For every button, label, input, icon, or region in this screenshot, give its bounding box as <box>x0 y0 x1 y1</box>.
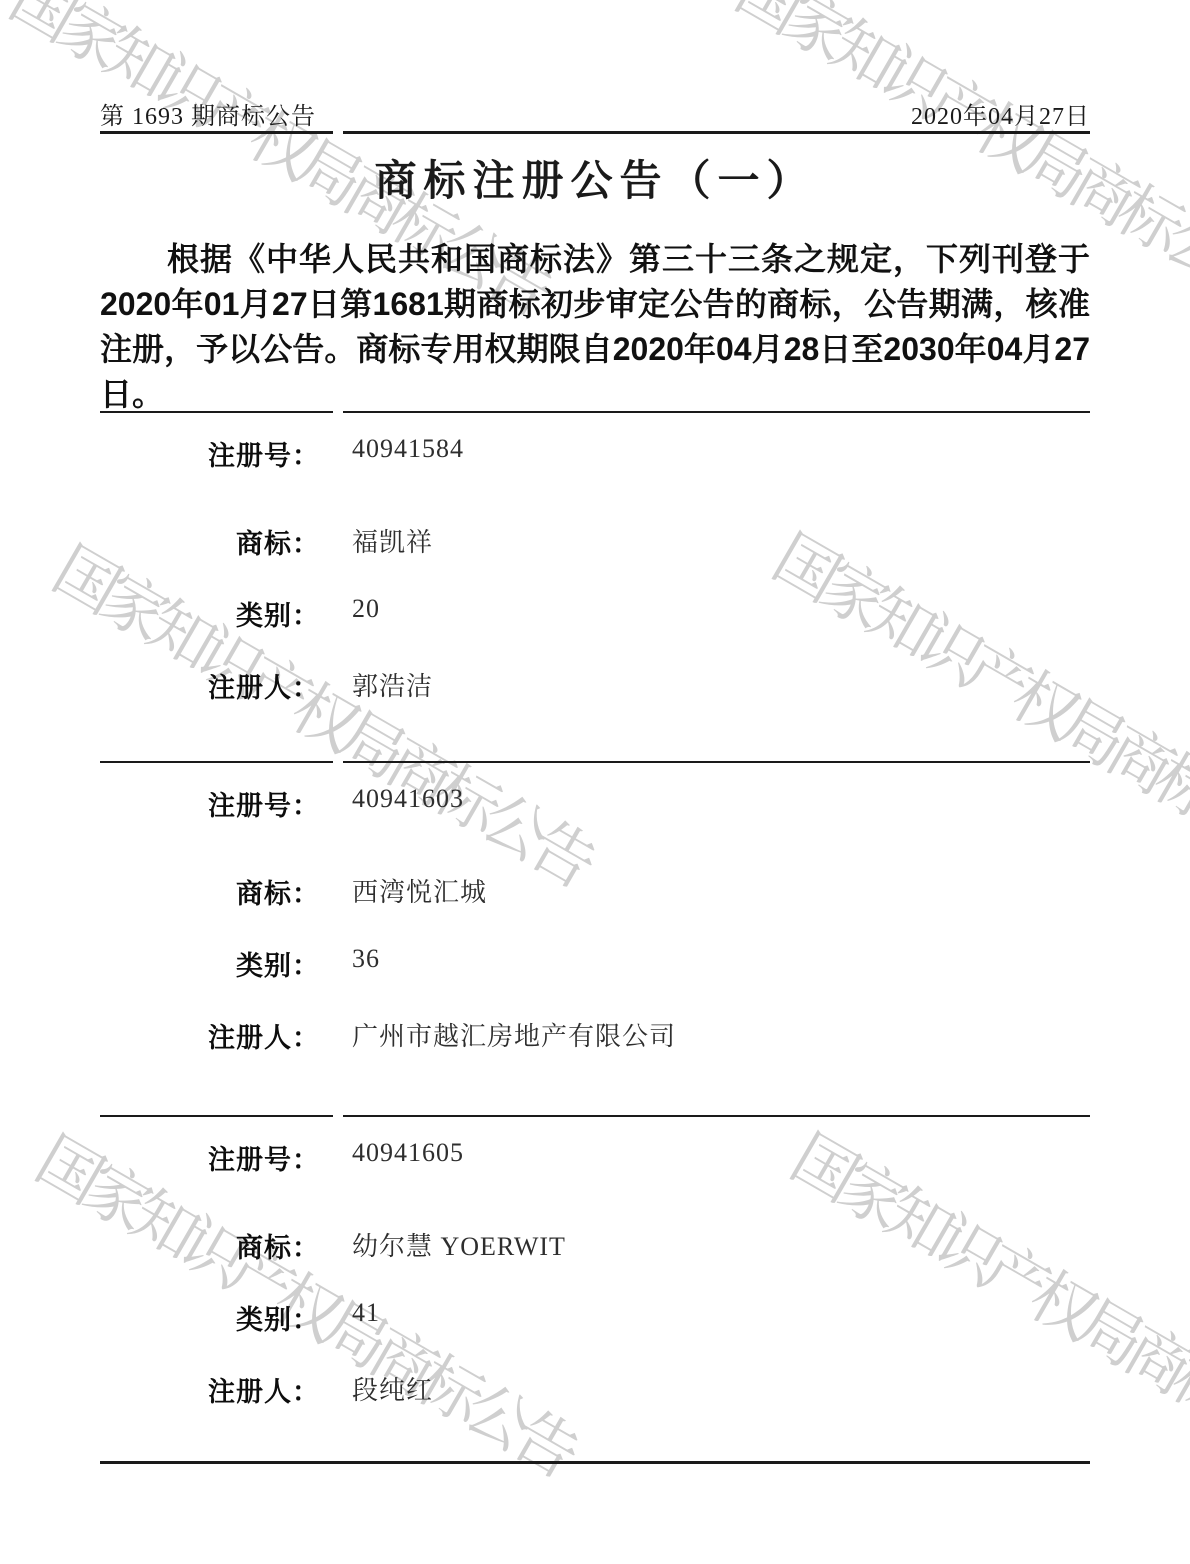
registrant-label: 注册人： <box>100 1016 320 1055</box>
reg-no-label: 注册号： <box>100 784 320 823</box>
watermark-text: 国家知识产权局商标公告 <box>777 1108 1190 1490</box>
watermark-text: 国家知识产权局商标公告 <box>39 520 609 902</box>
rule-gap <box>333 131 343 134</box>
rule-segment <box>100 761 333 763</box>
category-label: 类别： <box>100 944 320 983</box>
watermark-text: 国家知识产权局商标公告 <box>759 508 1190 890</box>
trademark-label: 商标： <box>100 872 320 911</box>
reg-no-label: 注册号： <box>100 1138 320 1177</box>
trademark-label: 商标： <box>100 1226 320 1265</box>
rule-segment <box>100 1115 333 1117</box>
separator-line <box>100 411 1090 414</box>
trademark-label: 商标： <box>100 522 320 561</box>
header-rule <box>100 131 1090 134</box>
rule-segment <box>343 1115 1090 1117</box>
intro-paragraph: 根据《中华人民共和国商标法》第三十三条之规定，下列刊登于2020年01月27日第… <box>100 237 1090 417</box>
category-value: 41 <box>352 1298 380 1328</box>
reg-no-label: 注册号： <box>100 434 320 473</box>
gazette-date: 2020年04月27日 <box>911 96 1090 131</box>
page-title: 商标注册公告（一） <box>0 148 1190 208</box>
rule-segment <box>343 761 1090 763</box>
registrant-value: 段纯红 <box>352 1370 433 1407</box>
separator-line <box>100 761 1090 764</box>
category-value: 36 <box>352 944 380 974</box>
separator-line <box>100 1115 1090 1118</box>
rule-gap <box>333 761 343 764</box>
category-label: 类别： <box>100 1298 320 1337</box>
rule-segment <box>343 411 1090 413</box>
reg-no-value: 40941605 <box>352 1138 464 1168</box>
rule-segment <box>100 131 333 134</box>
registrant-label: 注册人： <box>100 666 320 705</box>
trademark-gazette-page: 国家知识产权局商标公告 国家知识产权局商标公告 国家知识产权局商标公告 国家知识… <box>0 0 1190 1564</box>
reg-no-value: 40941584 <box>352 434 464 464</box>
registrant-value: 郭浩洁 <box>352 666 433 703</box>
rule-segment <box>100 411 333 413</box>
rule-segment <box>343 131 1090 134</box>
reg-no-value: 40941603 <box>352 784 464 814</box>
rule-gap <box>333 1115 343 1118</box>
category-label: 类别： <box>100 594 320 633</box>
trademark-value: 幼尔慧 YOERWIT <box>352 1226 566 1263</box>
bottom-rule <box>100 1461 1090 1464</box>
registrant-label: 注册人： <box>100 1370 320 1409</box>
category-value: 20 <box>352 594 380 624</box>
trademark-value: 西湾悦汇城 <box>352 872 487 909</box>
trademark-value: 福凯祥 <box>352 522 433 559</box>
rule-gap <box>333 411 343 414</box>
gazette-issue-label: 第 1693 期商标公告 <box>100 96 316 131</box>
registrant-value: 广州市越汇房地产有限公司 <box>352 1016 676 1053</box>
